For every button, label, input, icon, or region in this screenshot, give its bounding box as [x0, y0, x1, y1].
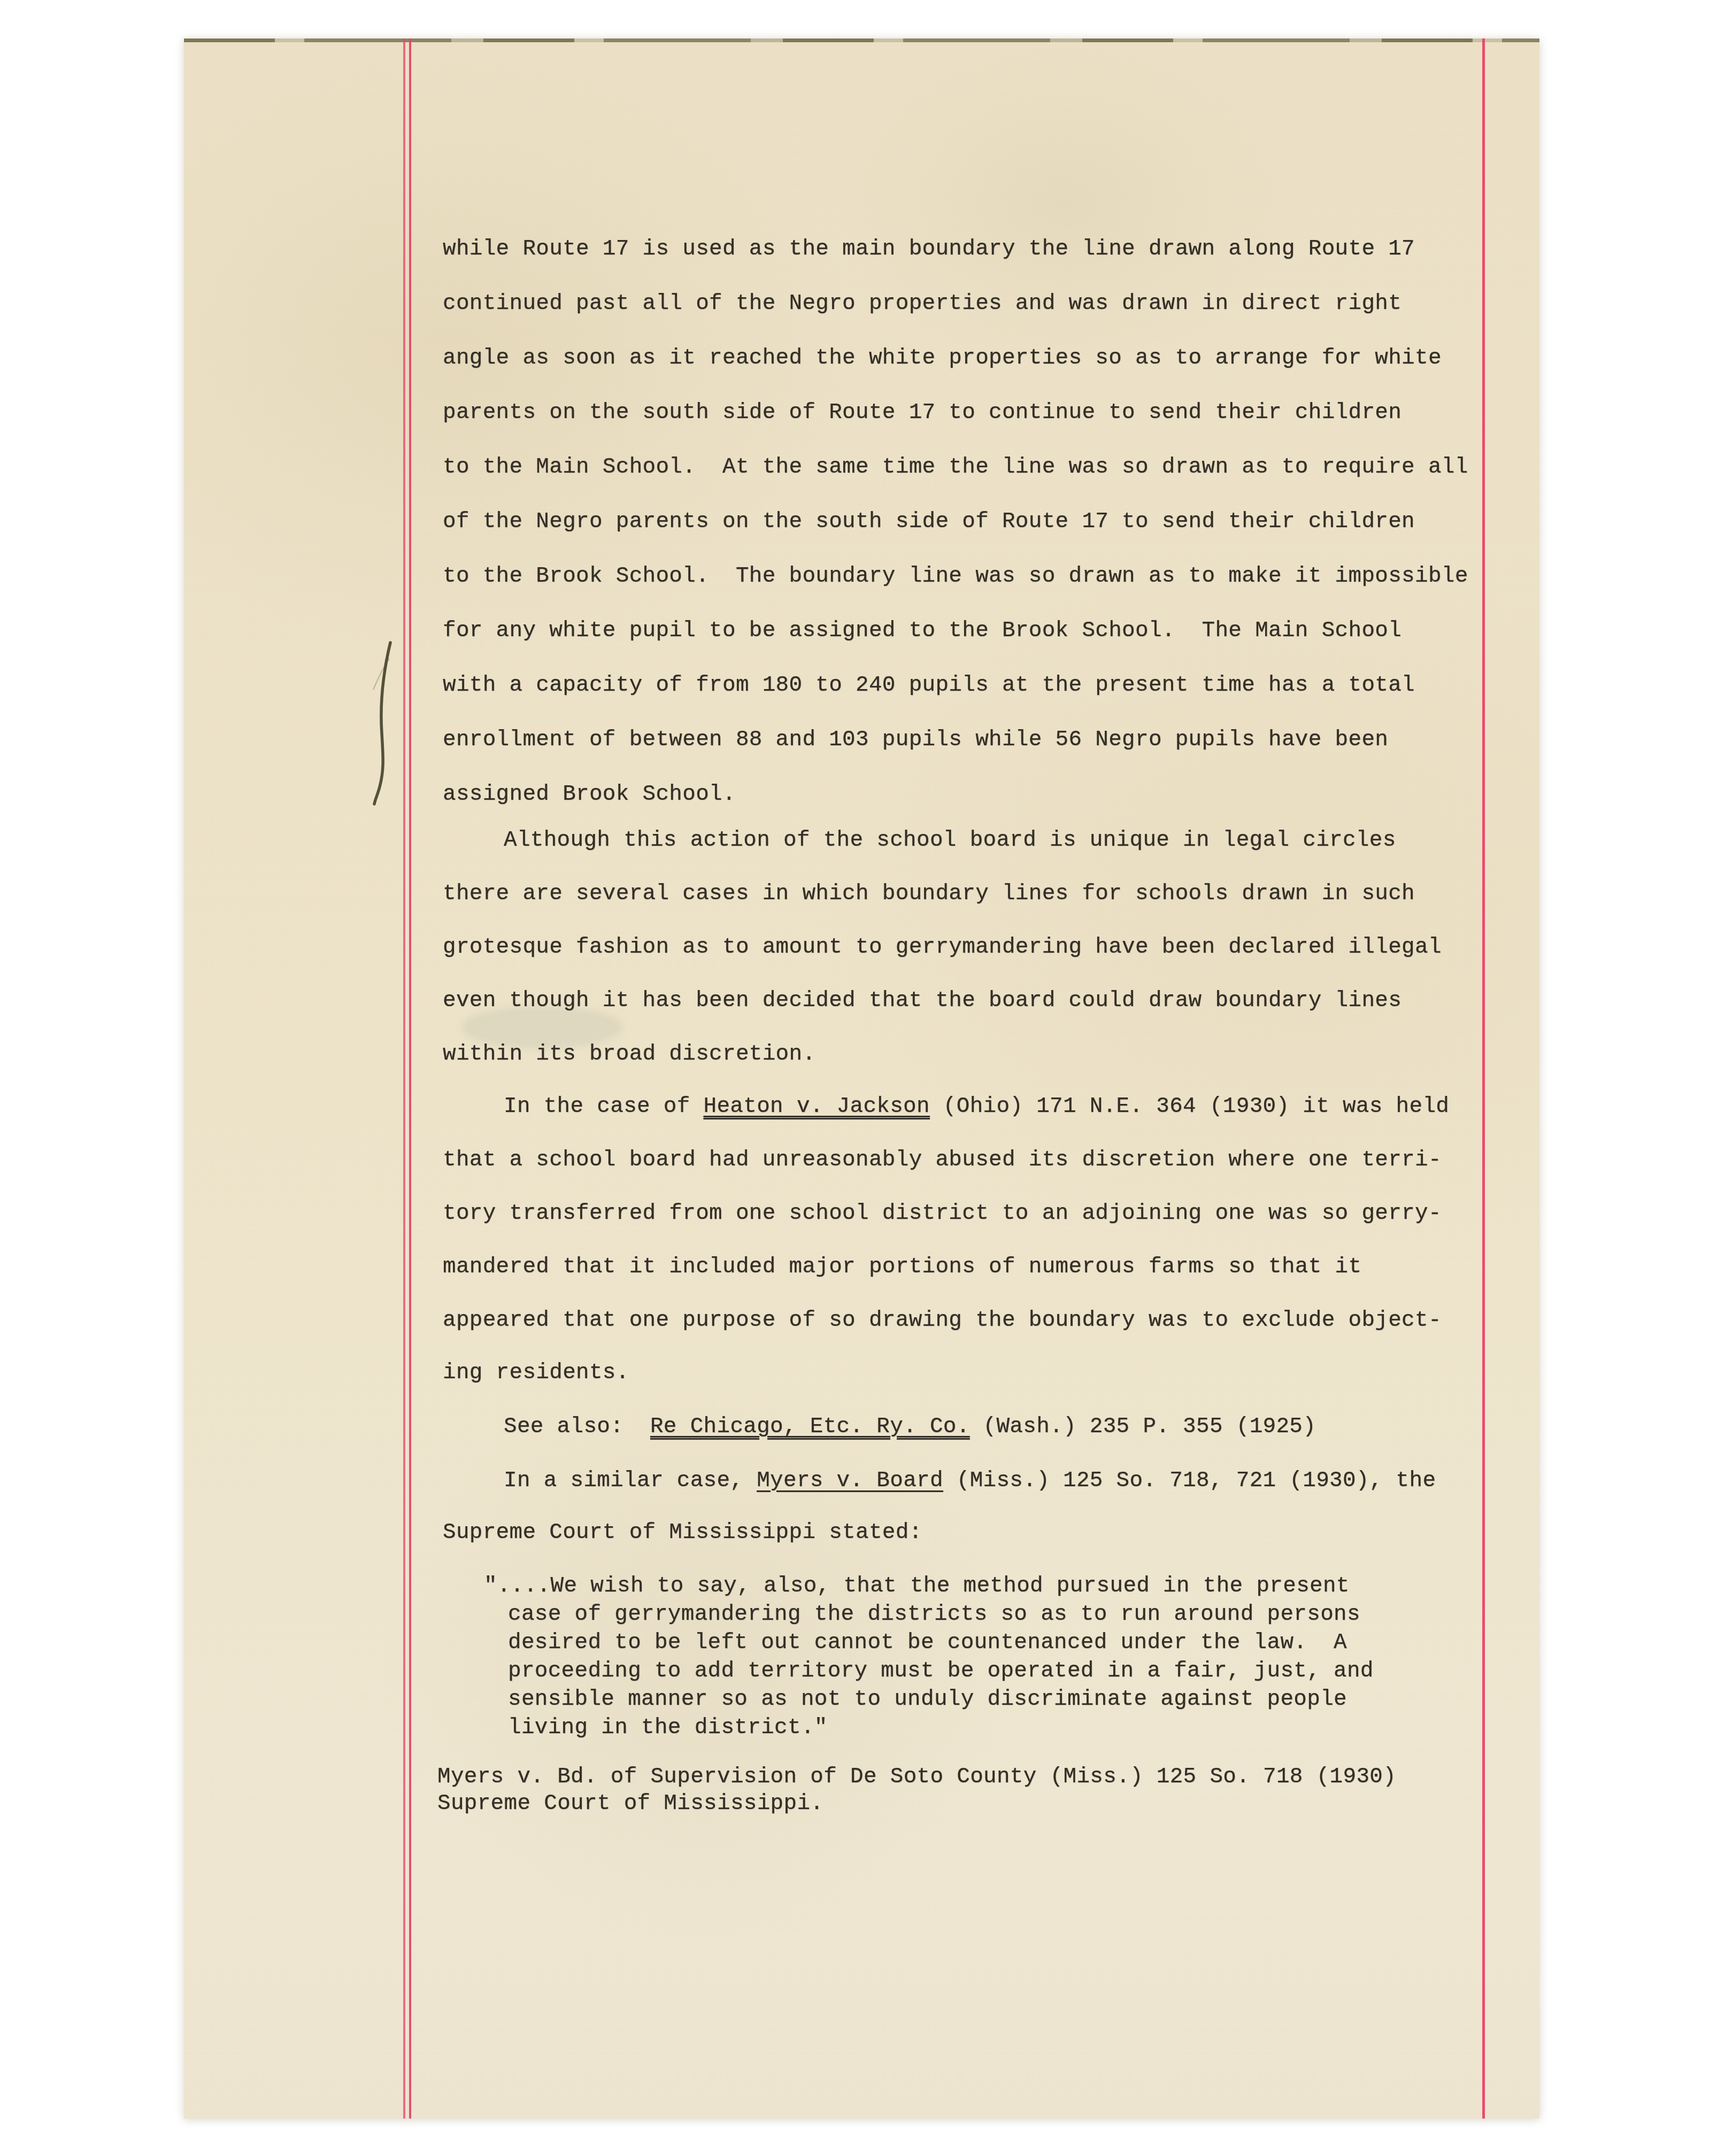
- text-line: In a similar case, Myers v. Board (Miss.…: [504, 1467, 1436, 1494]
- text-segment: Supreme Court of Mississippi stated:: [443, 1519, 922, 1546]
- text-segment: within its broad discretion.: [443, 1041, 815, 1068]
- text-segment: Although this action of the school board…: [504, 827, 1396, 854]
- text-segment: In a similar case,: [504, 1467, 757, 1494]
- text-segment: proceeding to add territory must be oper…: [508, 1658, 1374, 1684]
- text-line: Although this action of the school board…: [504, 827, 1396, 854]
- text-line: In the case of Heaton v. Jackson (Ohio) …: [504, 1093, 1449, 1120]
- text-line: enrollment of between 88 and 103 pupils …: [443, 727, 1388, 753]
- paper-sheet: while Route 17 is used as the main bound…: [184, 38, 1539, 2119]
- text-line: case of gerrymandering the districts so …: [508, 1601, 1360, 1628]
- text-line: angle as soon as it reached the white pr…: [443, 345, 1442, 372]
- scan-background: while Route 17 is used as the main bound…: [0, 0, 1725, 2156]
- text-segment: mandered that it included major portions…: [443, 1254, 1361, 1280]
- text-segment: (Wash.) 235 P. 355 (1925): [970, 1413, 1316, 1440]
- text-segment: angle as soon as it reached the white pr…: [443, 345, 1442, 372]
- text-segment: sensible manner so as not to unduly disc…: [508, 1686, 1347, 1713]
- text-line: to the Brook School. The boundary line w…: [443, 563, 1468, 590]
- text-line: Supreme Court of Mississippi stated:: [443, 1519, 922, 1546]
- text-segment: enrollment of between 88 and 103 pupils …: [443, 727, 1388, 753]
- text-line: that a school board had unreasonably abu…: [443, 1147, 1442, 1173]
- text-line: while Route 17 is used as the main bound…: [443, 236, 1415, 262]
- text-line: to the Main School. At the same time the…: [443, 454, 1468, 481]
- text-line: Supreme Court of Mississippi.: [437, 1790, 823, 1817]
- text-segment: there are several cases in which boundar…: [443, 880, 1415, 907]
- text-line: sensible manner so as not to unduly disc…: [508, 1686, 1347, 1713]
- text-line: desired to be left out cannot be counten…: [508, 1629, 1347, 1656]
- text-line: tory transferred from one school distric…: [443, 1200, 1442, 1227]
- text-segment: that a school board had unreasonably abu…: [443, 1147, 1442, 1173]
- text-line: "....We wish to say, also, that the meth…: [484, 1573, 1350, 1599]
- text-line: ing residents.: [443, 1359, 629, 1386]
- text-line: parents on the south side of Route 17 to…: [443, 399, 1401, 426]
- text-segment: ing residents.: [443, 1359, 629, 1386]
- text-segment: appeared that one purpose of so drawing …: [443, 1307, 1442, 1334]
- text-line: within its broad discretion.: [443, 1041, 815, 1068]
- text-line: See also: Re Chicago, Etc. Ry. Co. (Wash…: [504, 1413, 1316, 1440]
- text-segment: to the Main School. At the same time the…: [443, 454, 1468, 481]
- text-line: Myers v. Bd. of Supervision of De Soto C…: [437, 1764, 1396, 1790]
- text-line: grotesque fashion as to amount to gerrym…: [443, 934, 1442, 961]
- text-line: for any white pupil to be assigned to th…: [443, 617, 1401, 644]
- text-layer: while Route 17 is used as the main bound…: [184, 38, 1539, 2119]
- case-citation: Re Chicago, Etc. Ry. Co.: [650, 1413, 970, 1440]
- text-segment: to the Brook School. The boundary line w…: [443, 563, 1468, 590]
- text-segment: "....We wish to say, also, that the meth…: [484, 1573, 1350, 1599]
- case-citation: Heaton v. Jackson: [704, 1093, 930, 1120]
- text-segment: (Ohio) 171 N.E. 364 (1930) it was held: [930, 1093, 1449, 1120]
- text-line: living in the district.": [508, 1714, 828, 1741]
- text-segment: Supreme Court of Mississippi.: [437, 1790, 823, 1817]
- text-segment: with a capacity of from 180 to 240 pupil…: [443, 672, 1415, 699]
- text-segment: case of gerrymandering the districts so …: [508, 1601, 1360, 1628]
- text-segment: living in the district.": [508, 1714, 828, 1741]
- text-segment: tory transferred from one school distric…: [443, 1200, 1442, 1227]
- text-line: continued past all of the Negro properti…: [443, 290, 1401, 317]
- text-segment: parents on the south side of Route 17 to…: [443, 399, 1401, 426]
- case-citation: Myers v. Board: [757, 1467, 943, 1494]
- text-segment: grotesque fashion as to amount to gerrym…: [443, 934, 1442, 961]
- text-segment: of the Negro parents on the south side o…: [443, 508, 1415, 535]
- text-segment: continued past all of the Negro properti…: [443, 290, 1401, 317]
- text-segment: assigned Brook School.: [443, 781, 736, 808]
- text-line: appeared that one purpose of so drawing …: [443, 1307, 1442, 1334]
- text-line: proceeding to add territory must be oper…: [508, 1658, 1374, 1684]
- text-segment: desired to be left out cannot be counten…: [508, 1629, 1347, 1656]
- text-segment: even though it has been decided that the…: [443, 987, 1401, 1014]
- text-line: assigned Brook School.: [443, 781, 736, 808]
- text-segment: while Route 17 is used as the main bound…: [443, 236, 1415, 262]
- text-segment: (Miss.) 125 So. 718, 721 (1930), the: [943, 1467, 1436, 1494]
- text-line: even though it has been decided that the…: [443, 987, 1401, 1014]
- text-segment: See also:: [504, 1413, 650, 1440]
- text-segment: for any white pupil to be assigned to th…: [443, 617, 1401, 644]
- text-line: with a capacity of from 180 to 240 pupil…: [443, 672, 1415, 699]
- text-line: there are several cases in which boundar…: [443, 880, 1415, 907]
- text-line: mandered that it included major portions…: [443, 1254, 1361, 1280]
- text-segment: In the case of: [504, 1093, 704, 1120]
- text-line: of the Negro parents on the south side o…: [443, 508, 1415, 535]
- text-segment: Myers v. Bd. of Supervision of De Soto C…: [437, 1764, 1396, 1790]
